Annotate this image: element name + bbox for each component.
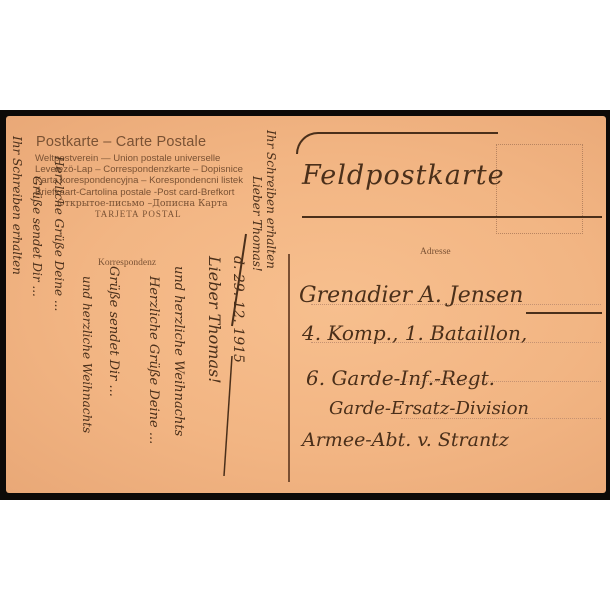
postcard: Postkarte – Carte Postale Weltpostverein… [6, 116, 606, 493]
address-line-5: Armee-Abt. v. Strantz [302, 429, 509, 451]
center-divider [288, 254, 290, 482]
address-line-1: Grenadier A. Jensen [299, 283, 523, 308]
heading-flourish [296, 132, 498, 154]
printed-line: Briefkaart-Cartolina postale -Post card-… [35, 187, 243, 198]
printed-line-cyrillic: Открытое-письмо –Дописна Карта [35, 198, 243, 209]
address-label: Adresse [420, 247, 451, 257]
printed-line-spanish: TARJETA POSTAL [35, 209, 243, 220]
vertical-message-line: Lieber Thomas! [205, 256, 224, 384]
photo-frame: Postkarte – Carte Postale Weltpostverein… [0, 110, 610, 500]
vertical-message-line: Grüße sendet Dir ... [106, 266, 121, 397]
address-line-4: Garde-Ersatz-Division [329, 398, 529, 419]
vertical-message-line: Herzliche Grüße Deine ... [146, 276, 161, 444]
vertical-message-line: und herzliche Weihnachts [171, 266, 186, 436]
handwritten-heading: Feldpostkarte [302, 160, 505, 191]
vertical-message-line: und herzliche Weihnachts [80, 276, 94, 433]
address-line-2: 4. Komp., 1. Bataillon, [302, 321, 527, 345]
printed-line: Levelezö-Lap – Correspondenzkarte – Dopi… [35, 164, 243, 175]
union-postale-lines: Weltpostverein — Union postale universel… [35, 153, 243, 220]
vertical-message-line: Grüße sendet Dir ... [30, 176, 44, 297]
heading-underline [302, 216, 602, 218]
vertical-message-line: d. 29. 12. 1915 [230, 256, 246, 363]
printed-line: Weltpostverein — Union postale universel… [35, 153, 243, 164]
stamp-box [496, 144, 583, 234]
vertical-message-line: Lieber Thomas! [250, 176, 264, 272]
address-line-3: 6. Garde-Inf.-Regt. [306, 366, 495, 390]
name-underline [526, 312, 602, 314]
printed-line: Karta korespondencyjna – Korespondencni … [35, 175, 243, 186]
vertical-message-line: Herzliche Grüße Deine ... [52, 156, 66, 311]
vertical-message-line: Ihr Schreiben erhalten [10, 136, 24, 275]
vertical-message-line: Ihr Schreiben erhalten [264, 130, 278, 269]
postcard-title: Postkarte – Carte Postale [36, 134, 206, 150]
